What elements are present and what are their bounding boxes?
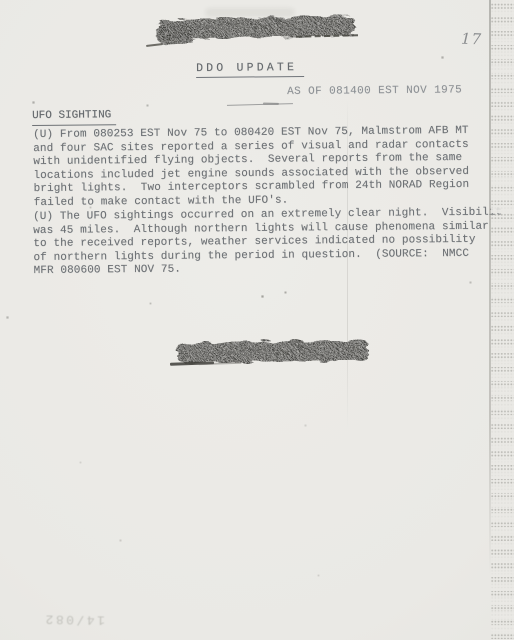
scan-specks: [0, 0, 1, 1]
ink-smudge: [205, 8, 295, 17]
binding-edge-texture: [491, 0, 514, 640]
redaction-underline: [170, 361, 214, 365]
scanned-document-page: 17 DDO UPDATE AS OF 081400 EST NOV 1975 …: [0, 0, 514, 640]
redaction-edge-mark: [146, 43, 163, 47]
redaction-bar-middle: [168, 334, 388, 374]
pen-mark: [227, 103, 293, 109]
doc-title-text: DDO UPDATE: [196, 61, 304, 78]
paragraph-2: (U) The UFO sightings occurred on an ext…: [33, 206, 503, 278]
paragraph-1: (U) From 080253 EST Nov 75 to 080420 EST…: [33, 125, 469, 210]
paper-crease: [347, 100, 348, 430]
control-number-stamp: 14/082: [16, 611, 132, 628]
handwritten-page-number: 17: [461, 30, 483, 49]
section-heading-text: UFO SIGHTING: [32, 109, 116, 125]
doc-title: DDO UPDATE: [196, 61, 304, 78]
section-heading: UFO SIGHTING: [32, 109, 116, 125]
redaction-underline-dashes: [296, 34, 358, 38]
as-of-line: AS OF 081400 EST NOV 1975: [287, 84, 462, 98]
